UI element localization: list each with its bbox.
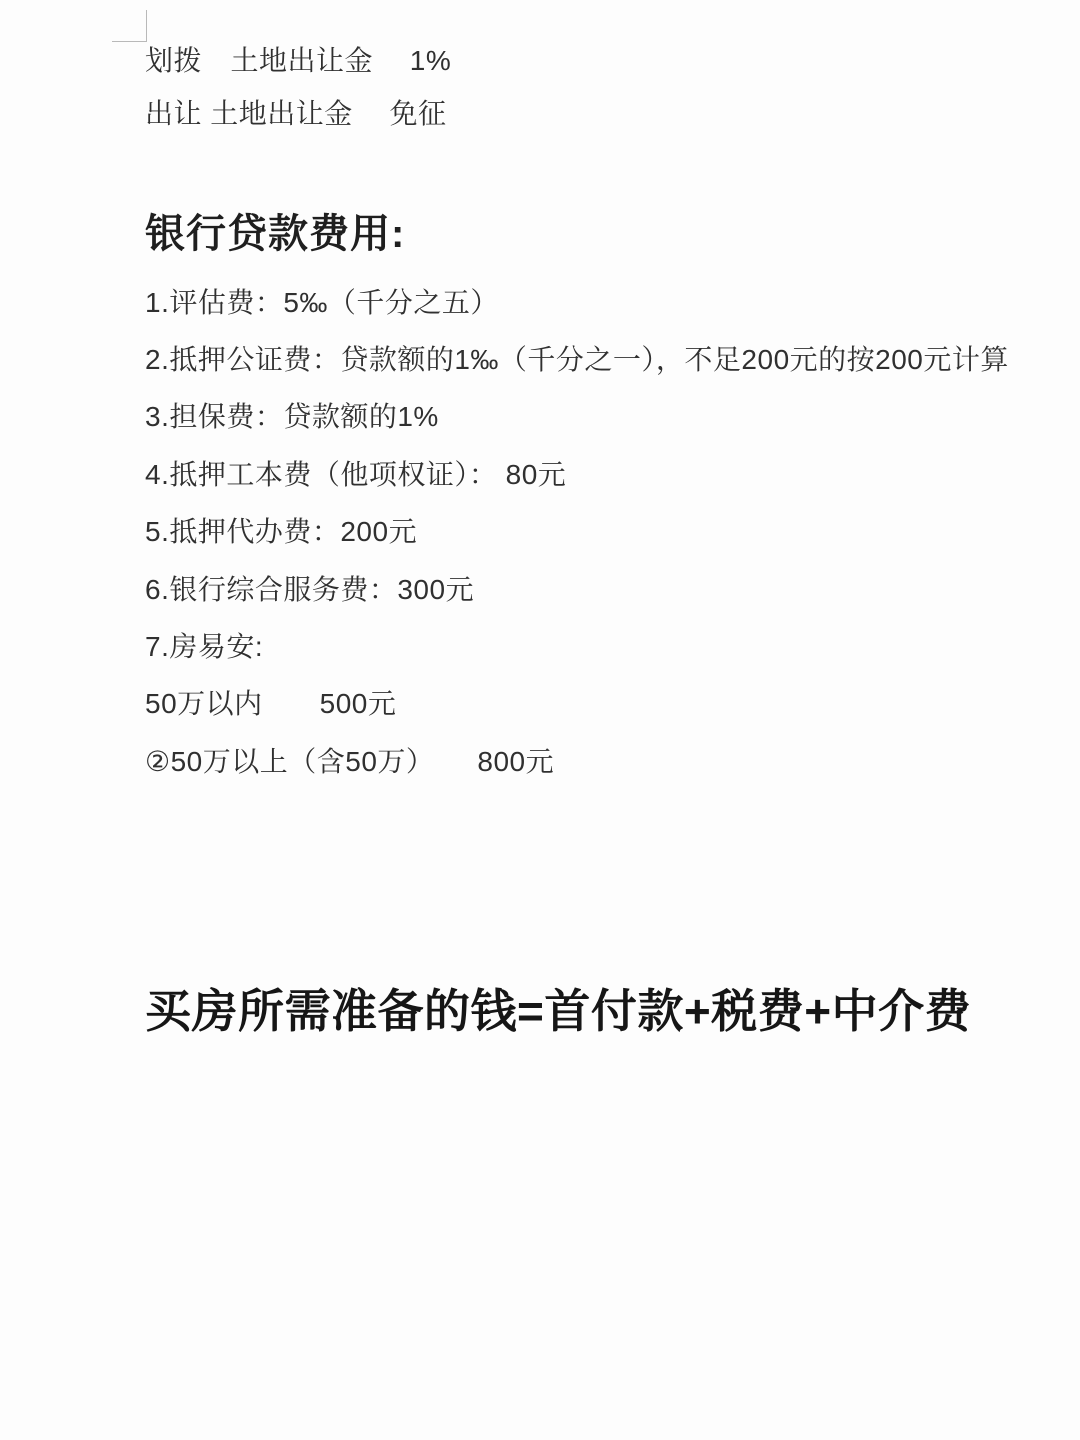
fee-line-guarantee: 3.担保费：贷款额的1% [145,387,1009,444]
fee-line-mortgage-certificate: 4.抵押工本费（他项权证）： 80元 [145,444,1009,501]
fee-line-fangyian: 7.房易安: [145,616,1009,673]
document-page: 划拨 土地出让金 1% 出让 土地出让金 免征 银行贷款费用: 1.评估费：5‰… [0,0,1080,1440]
fee-line-mortgage-agency: 5.抵押代办费：200元 [145,502,1009,559]
margin-corner-mark [112,10,147,42]
summary-formula: 买房所需准备的钱=首付款+税费+中介费 [145,984,971,1039]
fee-line-under-500k: 50万以内 500元 [145,674,1009,731]
land-grant-fee-line-transferred: 出让 土地出让金 免征 [145,97,447,131]
land-grant-fee-line-allocated: 划拨 土地出让金 1% [145,44,451,78]
section-title-bank-loan-fees: 银行贷款费用: [145,210,405,258]
fee-line-appraisal: 1.评估费：5‰（千分之五） [145,272,1009,329]
fee-line-over-500k: ②50万以上（含50万） 800元 [145,731,1009,788]
fee-line-bank-service: 6.银行综合服务费：300元 [145,559,1009,616]
fee-line-mortgage-notarization: 2.抵押公证费：贷款额的1‰（千分之一），不足200元的按200元计算 [145,329,1009,386]
fee-list: 1.评估费：5‰（千分之五） 2.抵押公证费：贷款额的1‰（千分之一），不足20… [145,272,1009,789]
